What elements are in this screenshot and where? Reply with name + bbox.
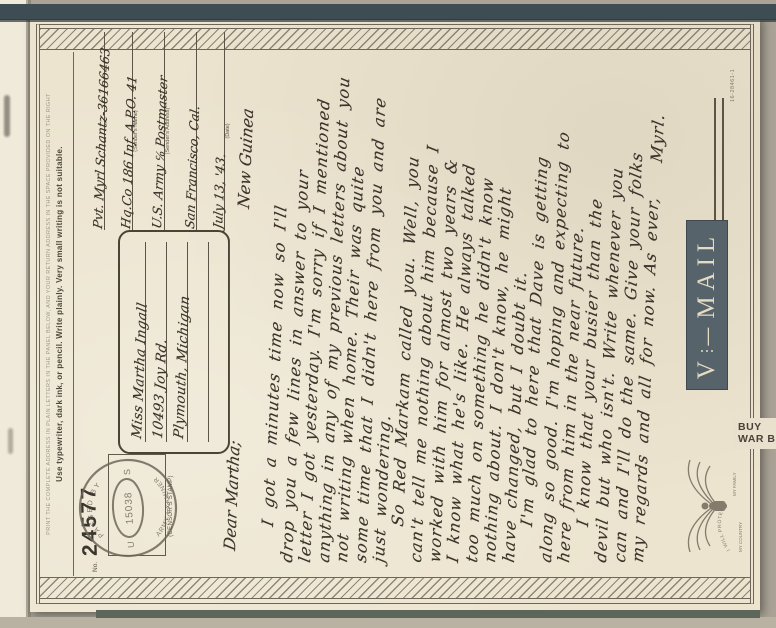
eagle-emblem-icon: I WILL PROTECT MY COUNTRY MY FAMILY [674,454,752,558]
eagle-my-country: MY COUNTRY [738,522,743,552]
censor-caption: (CENSOR'S STAMP) [168,454,174,558]
scan-smudge [4,95,10,137]
scan-top-band [0,4,776,20]
army-examiner-stamp: 15038 PASSED BY ARMY EXAMINER U S [73,453,182,562]
instruction-line: Use typewriter, dark ink, or pencil. Wri… [55,52,64,576]
buy-war-bonds: BUY WAR BONDS [734,418,776,449]
svg-text:PASSED BY: PASSED BY [85,480,105,539]
letter-body: I got a minutes time now so I'lldrop you… [258,16,665,564]
scan-backing-strip [0,617,776,628]
paper-fold-edge [0,0,28,628]
v-mail-logo: V — MAIL [686,220,728,390]
bonds-line2: WAR BONDS [738,433,776,445]
stamp-passed-by: PASSED BY [85,480,105,539]
handwriting-line: I got a minutes time now so I'll [258,16,277,564]
form-instructions: PRINT THE COMPLETE ADDRESS IN PLAIN LETT… [42,52,74,576]
no-label: No. [92,562,99,572]
addressee-line [188,242,209,442]
logo-rule [722,98,724,220]
sender-line: Pvt. Myrl Schantz-36166463 [80,32,105,230]
addressee-line: 10493 Joy Rd. [146,242,167,442]
addressee-line: Miss Martha Ingall [125,242,146,442]
sender-line: San Francisco, Cal. [172,32,197,230]
sender-line: Hq.Co 186 Inf. A.P.O. 41 [108,32,133,230]
scan-smudge [8,428,13,454]
stamp-u: U [126,541,136,548]
addressee-line [209,242,230,442]
sender-line: U.S. Army ℅ Postmaster [140,32,165,230]
morse-dash-icon: — [697,328,718,346]
location-dateline: New Guinea [234,110,254,210]
handwriting-line: So Red Markam called you. Well, you [388,16,407,564]
addressee-line: Plymouth, Michigan [167,242,188,442]
sender-line: July 13, '43. [200,32,225,230]
salutation: Dear Martha; [220,442,240,552]
morse-dots-icon [701,350,714,353]
logo-rule [714,98,716,220]
examiner-number: 15038 [123,491,136,524]
page-edge-shadow [96,610,760,618]
logo-v: V [693,355,721,379]
eagle-my-family: MY FAMILY [732,472,737,496]
address-note-line: PRINT THE COMPLETE ADDRESS IN PLAIN LETT… [46,52,52,576]
vmail-letter-sheet: PRINT THE COMPLETE ADDRESS IN PLAIN LETT… [30,16,760,612]
hatched-border-left [40,577,750,599]
bonds-line1: BUY [738,421,776,433]
scan-top-band-shadow [0,19,776,22]
stamp-s: S [122,469,132,476]
form-number: 16-28461-1 [730,69,736,102]
vmail-scan: PRINT THE COMPLETE ADDRESS IN PLAIN LETT… [0,0,776,628]
sender-block: Pvt. Myrl Schantz-36166463 Hq.Co 186 Inf… [80,32,232,230]
addressee-panel: Miss Martha Ingall10493 Joy Rd.Plymouth,… [118,230,230,454]
logo-mail: MAIL [693,231,721,319]
